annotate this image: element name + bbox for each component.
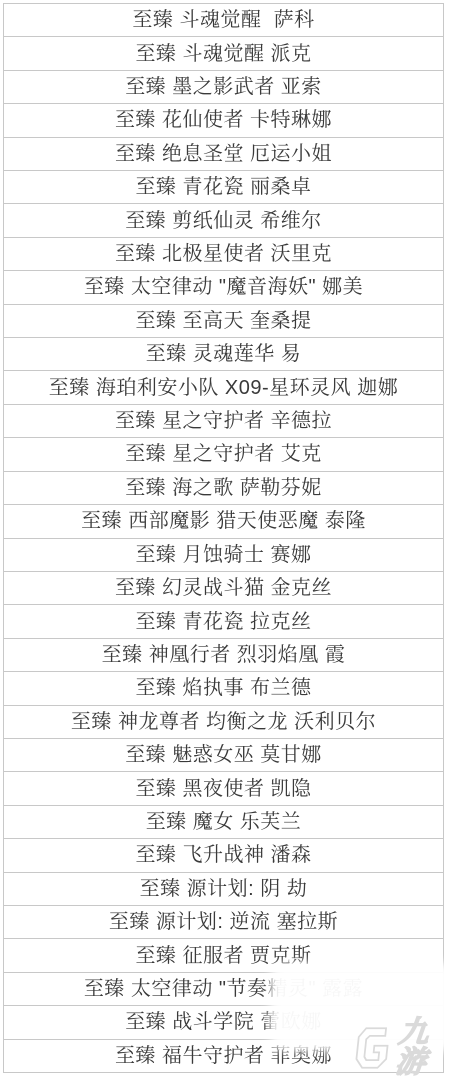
table-row: 至臻 星之守护者 艾克 [4, 438, 443, 471]
table-row: 至臻 青花瓷 丽桑卓 [4, 171, 443, 204]
skin-name-text: 至臻 海珀利安小队 X09-星环灵风 迦娜 [49, 378, 398, 398]
g-logo-icon [350, 1026, 397, 1070]
skin-name-text: 至臻 源计划: 阴 劫 [140, 879, 308, 899]
site-watermark: 九游 [349, 1024, 450, 1072]
skin-table: 至臻 斗魂觉醒 萨科至臻 斗魂觉醒 派克至臻 墨之影武者 亚索至臻 花仙使者 卡… [3, 3, 444, 1073]
skin-name-text: 至臻 青花瓷 丽桑卓 [135, 177, 311, 197]
table-row: 至臻 剪纸仙灵 希维尔 [4, 204, 443, 237]
skin-name-text: 至臻 太空律动 "魔音海妖" 娜美 [84, 277, 363, 297]
skin-name-text: 至臻 魅惑女巫 莫甘娜 [125, 745, 322, 765]
skin-name-text: 至臻 绝息圣堂 厄运小姐 [115, 144, 332, 164]
table-row: 至臻 神龙尊者 均衡之龙 沃利贝尔 [4, 706, 443, 739]
table-row: 至臻 魅惑女巫 莫甘娜 [4, 739, 443, 772]
skin-name-text: 至臻 花仙使者 卡特琳娜 [115, 110, 332, 130]
skin-name-text: 至臻 北极星使者 沃里克 [115, 244, 332, 264]
table-row: 至臻 斗魂觉醒 派克 [4, 37, 443, 70]
skin-name-text: 至臻 斗魂觉醒 派克 [135, 44, 311, 64]
skin-name-text: 至臻 至高天 奎桑提 [135, 311, 311, 331]
skin-name-text: 至臻 黑夜使者 凯隐 [135, 779, 311, 799]
skin-name-text: 至臻 飞升战神 潘森 [135, 845, 311, 865]
table-row: 至臻 月蚀骑士 赛娜 [4, 539, 443, 572]
watermark-label: 九游 [394, 1018, 450, 1076]
table-row: 至臻 西部魔影 猎天使恶魔 泰隆 [4, 505, 443, 538]
skin-name-text: 至臻 斗魂觉醒 萨科 [132, 10, 314, 30]
table-row: 至臻 海之歌 萨勒芬妮 [4, 472, 443, 505]
table-row: 至臻 花仙使者 卡特琳娜 [4, 104, 443, 137]
table-row: 至臻 斗魂觉醒 萨科 [4, 4, 443, 37]
skin-name-text: 至臻 神凰行者 烈羽焰凰 霞 [102, 645, 346, 665]
skin-name-text: 至臻 源计划: 逆流 塞拉斯 [109, 912, 338, 932]
table-row: 至臻 星之守护者 辛德拉 [4, 405, 443, 438]
table-row: 至臻 焰执事 布兰德 [4, 672, 443, 705]
table-row: 至臻 墨之影武者 亚索 [4, 71, 443, 104]
skin-name-text: 至臻 神龙尊者 均衡之龙 沃利贝尔 [71, 712, 376, 732]
skin-name-text: 至臻 西部魔影 猎天使恶魔 泰隆 [81, 511, 366, 531]
table-row: 至臻 青花瓷 拉克丝 [4, 605, 443, 638]
skin-name-text: 至臻 青花瓷 拉克丝 [135, 612, 311, 632]
skin-name-text: 至臻 幻灵战斗猫 金克丝 [115, 578, 332, 598]
table-row: 至臻 至高天 奎桑提 [4, 305, 443, 338]
skin-name-text: 至臻 剪纸仙灵 希维尔 [125, 211, 322, 231]
table-row: 至臻 北极星使者 沃里克 [4, 238, 443, 271]
table-row: 至臻 飞升战神 潘森 [4, 839, 443, 872]
skin-name-text: 至臻 灵魂莲华 易 [146, 344, 302, 364]
skin-name-text: 至臻 星之守护者 辛德拉 [115, 411, 332, 431]
table-row: 至臻 绝息圣堂 厄运小姐 [4, 138, 443, 171]
skin-name-text: 至臻 星之守护者 艾克 [125, 444, 322, 464]
table-row: 至臻 灵魂莲华 易 [4, 338, 443, 371]
skin-name-text: 至臻 焰执事 布兰德 [135, 678, 311, 698]
table-row: 至臻 海珀利安小队 X09-星环灵风 迦娜 [4, 371, 443, 404]
table-row: 至臻 神凰行者 烈羽焰凰 霞 [4, 639, 443, 672]
table-row: 至臻 黑夜使者 凯隐 [4, 772, 443, 805]
table-row: 至臻 太空律动 "魔音海妖" 娜美 [4, 271, 443, 304]
table-row: 至臻 魔女 乐芙兰 [4, 806, 443, 839]
skin-name-text: 至臻 墨之影武者 亚索 [125, 77, 322, 97]
table-row: 至臻 幻灵战斗猫 金克丝 [4, 572, 443, 605]
skin-name-text: 至臻 魔女 乐芙兰 [146, 812, 302, 832]
table-row: 至臻 源计划: 逆流 塞拉斯 [4, 906, 443, 939]
skin-name-text: 至臻 海之歌 萨勒芬妮 [125, 478, 322, 498]
skin-name-text: 至臻 月蚀骑士 赛娜 [135, 545, 311, 565]
table-row: 至臻 源计划: 阴 劫 [4, 873, 443, 906]
